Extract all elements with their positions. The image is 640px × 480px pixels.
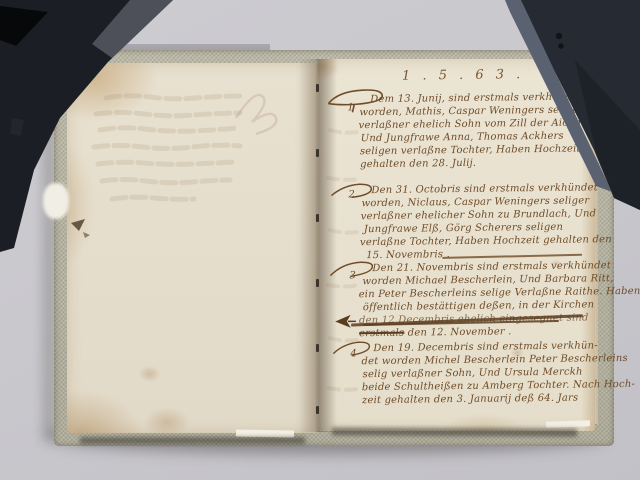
year-heading: 1 . 5 . 6 3 . bbox=[402, 67, 524, 83]
register-entry-line: zeit gehalten den 3. Januarij deß 64. Ja… bbox=[362, 393, 578, 408]
margin-number: 2 bbox=[348, 189, 355, 200]
register-entry-line: ein Peter Bescherleins selige Verlaßne R… bbox=[359, 286, 640, 301]
register-entry-line: 15. Novembris . bbox=[366, 249, 450, 262]
margin-number: 4 bbox=[350, 348, 357, 359]
deletion-arrow-mark bbox=[335, 314, 357, 328]
margin-number: 3 bbox=[349, 270, 356, 281]
register-entry-line: det worden Michel Bescherlein Peter Besc… bbox=[361, 353, 628, 368]
handwriting-layer: 1 . 5 . 6 3 . 1 2 3 4 Dem 13. Junij, sin… bbox=[0, 0, 640, 480]
register-entry-line: beide Schultheißen zu Amberg Tochter. Na… bbox=[362, 379, 635, 394]
register-entry-line: gehalten den 28. Julij. bbox=[360, 158, 476, 171]
register-entry-line: verlaßner ehelich Sohn vom Zill der Aich… bbox=[359, 117, 608, 132]
register-entry-line: seligen verlaßne Tochter, Haben Hochzeit bbox=[360, 144, 581, 159]
register-entry-line: Und Jungfrawe Anna, Thomas Ackhers bbox=[361, 131, 564, 145]
after-struck-text: den 12. November . bbox=[404, 326, 511, 338]
register-entry-line: Jungfrawe Elß, Görg Scherers seligen bbox=[364, 222, 563, 236]
margin-number: 1 bbox=[347, 102, 354, 113]
underline-flourish bbox=[442, 254, 582, 259]
register-entry-line: erstmals den 12. November . bbox=[359, 326, 512, 340]
manuscript-photo: 1 . 5 . 6 3 . 1 2 3 4 Dem 13. Junij, sin… bbox=[0, 0, 640, 480]
register-entry-line: verlaßne Tochter, Haben Hochzeit gehalte… bbox=[360, 234, 612, 249]
struck-word: erstmals bbox=[359, 328, 404, 340]
